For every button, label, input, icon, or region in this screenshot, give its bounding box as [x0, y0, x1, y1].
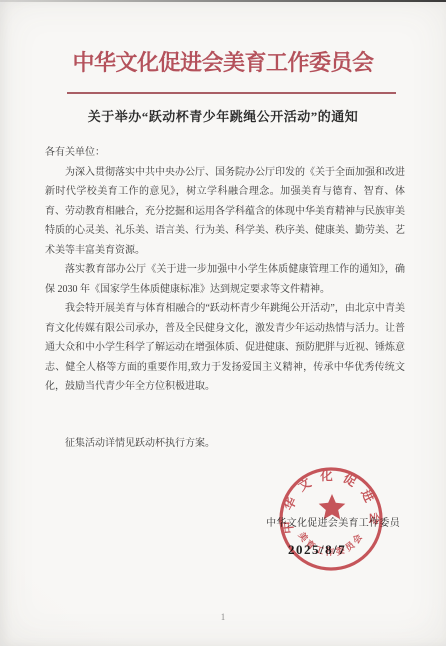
document-title: 关于举办“跃动杯青少年跳绳公开活动”的通知 [0, 106, 446, 125]
seal-arc-bottom-text: 美育工作委员会 [296, 530, 365, 557]
paragraph-1: 为深入贯彻落实中共中央办公厅、国务院办公厅印发的《关于全面加强和改进新时代学校美… [45, 163, 405, 261]
official-seal: 中华文化促进会 美育工作委员会 [276, 463, 386, 573]
closing-line: 征集活动详情见跃动杯执行方案。 [45, 434, 405, 454]
paragraph-2: 落实教育部办公厅《关于进一步加强中小学生体质健康管理工作的通知》，确保 2030… [45, 260, 405, 299]
paragraph-3: 我会特开展美育与体育相融合的“跃动杯青少年跳绳公开活动”，由北京中青美育文化传媒… [45, 299, 405, 397]
scan-edge-artifact [0, 0, 446, 2]
letterhead-rule [67, 92, 396, 94]
salutation: 各有关单位： [45, 143, 405, 163]
star-icon [319, 494, 346, 519]
letterhead-org-title: 中华文化促进会美育工作委员会 [0, 46, 446, 77]
document-body: 各有关单位： 为深入贯彻落实中共中央办公厅、国务院办公厅印发的《关于全面加强和改… [45, 143, 405, 453]
page-number: 1 [0, 612, 446, 622]
document-page: 中华文化促进会美育工作委员会 关于举办“跃动杯青少年跳绳公开活动”的通知 各有关… [0, 0, 446, 646]
